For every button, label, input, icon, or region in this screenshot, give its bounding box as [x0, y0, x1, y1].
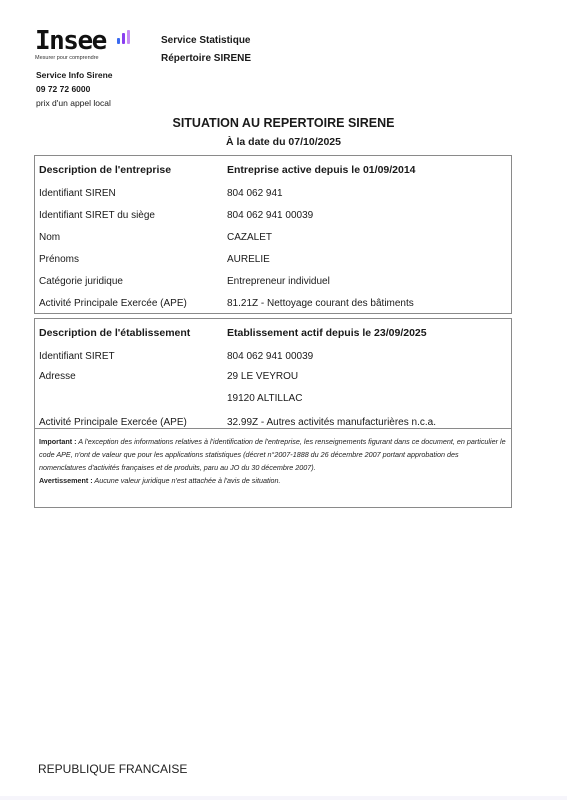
warning-label: Avertissement :: [39, 476, 93, 485]
row-label: Identifiant SIRET du siège: [35, 210, 227, 221]
row-label: Adresse: [35, 371, 227, 382]
address-line-2: 19120 ALTILLAC: [227, 393, 511, 415]
row-label: Identifiant SIRET: [35, 351, 227, 362]
contact-service: Service Info Sirene: [36, 68, 113, 82]
row-label: Prénoms: [35, 254, 227, 265]
page-subtitle: À la date du 07/10/2025: [0, 136, 567, 148]
insee-logo: Insee Mesurer pour comprendre: [35, 28, 145, 61]
page-edge: [0, 796, 567, 800]
row-value: AURELIE: [227, 254, 511, 265]
service-line-1: Service Statistique: [161, 32, 251, 50]
table-row: Nom CAZALET: [35, 226, 511, 248]
row-value: 32.99Z - Autres activités manufacturière…: [227, 417, 511, 428]
legal-notice: Important : A l'exception des informatio…: [34, 428, 512, 508]
entreprise-heading: Description de l'entreprise Entreprise a…: [35, 158, 511, 182]
contact-block: Service Info Sirene 09 72 72 6000 prix d…: [36, 68, 113, 110]
address-value: 29 LE VEYROU 19120 ALTILLAC: [227, 371, 511, 415]
table-row: Prénoms AURELIE: [35, 248, 511, 270]
row-value: CAZALET: [227, 232, 511, 243]
service-block: Service Statistique Répertoire SIRENE: [161, 32, 251, 68]
etablissement-heading-value: Etablissement actif depuis le 23/09/2025: [227, 327, 511, 339]
table-row: Catégorie juridique Entrepreneur individ…: [35, 270, 511, 292]
etablissement-heading: Description de l'établissement Etablisse…: [35, 321, 511, 345]
row-label: Activité Principale Exercée (APE): [35, 417, 227, 428]
etablissement-section: Description de l'établissement Etablisse…: [34, 318, 512, 429]
entreprise-heading-label: Description de l'entreprise: [35, 164, 227, 176]
address-line-1: 29 LE VEYROU: [227, 371, 511, 393]
warning-notice: Avertissement : Aucune valeur juridique …: [39, 474, 507, 487]
service-line-2: Répertoire SIRENE: [161, 50, 251, 68]
warning-text: Aucune valeur juridique n'est attachée à…: [94, 476, 280, 485]
contact-phone: 09 72 72 6000: [36, 82, 113, 96]
row-value: 804 062 941 00039: [227, 210, 511, 221]
entreprise-heading-value: Entreprise active depuis le 01/09/2014: [227, 164, 511, 176]
logo-wordmark: Insee: [35, 28, 106, 54]
row-value: Entrepreneur individuel: [227, 276, 511, 287]
table-row: Identifiant SIRET 804 062 941 00039: [35, 345, 511, 367]
row-value: 804 062 941 00039: [227, 351, 511, 362]
important-notice: Important : A l'exception des informatio…: [39, 435, 507, 474]
row-label: Nom: [35, 232, 227, 243]
table-row: Identifiant SIRET du siège 804 062 941 0…: [35, 204, 511, 226]
table-row: Identifiant SIREN 804 062 941: [35, 182, 511, 204]
contact-note: prix d'un appel local: [36, 96, 113, 110]
row-label: Catégorie juridique: [35, 276, 227, 287]
logo-tagline: Mesurer pour comprendre: [35, 55, 145, 61]
etablissement-heading-label: Description de l'établissement: [35, 327, 227, 339]
row-label: Identifiant SIREN: [35, 188, 227, 199]
page-title: SITUATION AU REPERTOIRE SIRENE: [0, 116, 567, 130]
important-label: Important :: [39, 437, 77, 446]
footer-republique: REPUBLIQUE FRANCAISE: [38, 762, 187, 776]
important-text: A l'exception des informations relatives…: [39, 437, 506, 472]
row-value: 81.21Z - Nettoyage courant des bâtiments: [227, 298, 511, 309]
entreprise-section: Description de l'entreprise Entreprise a…: [34, 155, 512, 314]
table-row-address: Adresse 29 LE VEYROU 19120 ALTILLAC: [35, 367, 511, 411]
row-label: Activité Principale Exercée (APE): [35, 298, 227, 309]
table-row: Activité Principale Exercée (APE) 81.21Z…: [35, 292, 511, 314]
bar-chart-icon: [117, 30, 133, 44]
row-value: 804 062 941: [227, 188, 511, 199]
